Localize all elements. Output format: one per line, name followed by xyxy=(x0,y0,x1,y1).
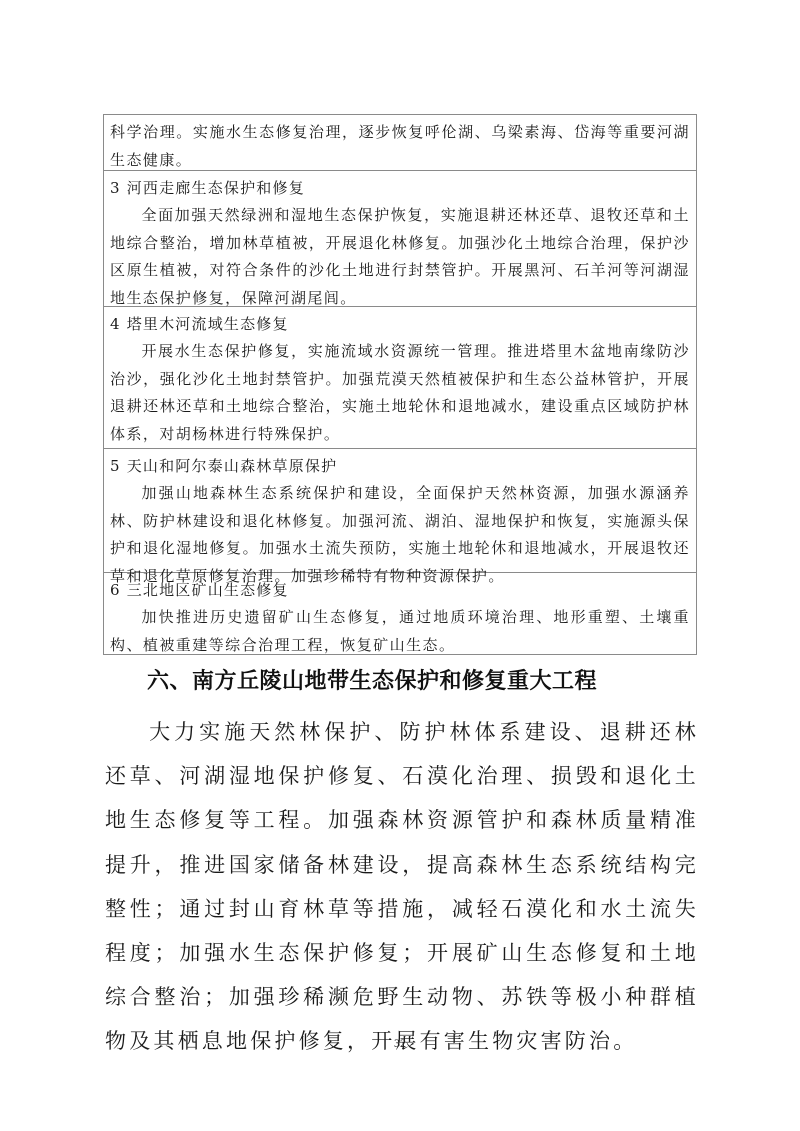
table-row-title: 5 天山和阿尔泰山森林草原保护 xyxy=(110,453,690,480)
table-row-body: 开展水生态保护修复，实施流域水资源统一管理。推进塔里木盆地南缘防沙治沙，强化沙化… xyxy=(110,338,690,448)
table-row-title: 3 河西走廊生态保护和修复 xyxy=(110,175,690,202)
table-row-tianshan-altai: 5 天山和阿尔泰山森林草原保护 加强山地森林生态系统保护和建设，全面保护天然林资… xyxy=(104,448,696,572)
table-row-title: 4 塔里木河流域生态修复 xyxy=(110,311,690,338)
table-row-body: 全面加强天然绿洲和湿地生态保护恢复，实施退耕还林还草、退牧还草和土地综合整治，增… xyxy=(110,202,690,312)
table-row-body: 科学治理。实施水生态修复治理，逐步恢复呼伦湖、乌梁素海、岱海等重要河湖生态健康。 xyxy=(110,119,690,174)
page-number: 32 xyxy=(0,1036,800,1051)
section-heading: 六、南方丘陵山地带生态保护和修复重大工程 xyxy=(147,664,597,700)
section-paragraph: 大力实施天然林保护、防护林体系建设、退耕还林还草、河湖湿地保护修复、石漠化治理、… xyxy=(105,710,699,1064)
table-row-body: 加快推进历史遗留矿山生态修复，通过地质环境治理、地形重塑、土壤重构、植被重建等综… xyxy=(110,604,690,659)
project-table: 科学治理。实施水生态修复治理，逐步恢复呼伦湖、乌梁素海、岱海等重要河湖生态健康。… xyxy=(103,114,697,655)
table-row-hexi-corridor: 3 河西走廊生态保护和修复 全面加强天然绿洲和湿地生态保护恢复，实施退耕还林还草… xyxy=(104,170,696,306)
table-row-continuation: 科学治理。实施水生态修复治理，逐步恢复呼伦湖、乌梁素海、岱海等重要河湖生态健康。 xyxy=(104,115,696,170)
table-row-tarim-river: 4 塔里木河流域生态修复 开展水生态保护修复，实施流域水资源统一管理。推进塔里木… xyxy=(104,306,696,448)
document-page: 科学治理。实施水生态修复治理，逐步恢复呼伦湖、乌梁素海、岱海等重要河湖生态健康。… xyxy=(0,0,800,1131)
